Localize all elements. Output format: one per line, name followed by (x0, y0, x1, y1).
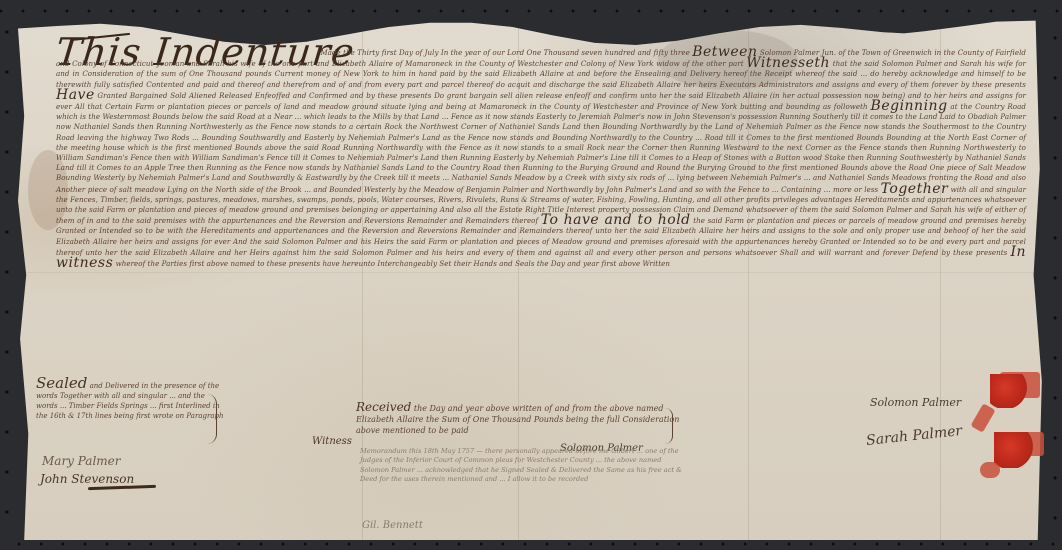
body-segment: whereof the Parties first above named to… (116, 259, 670, 268)
opening-line: Made the Thirty first Day of July In the… (320, 48, 690, 57)
right-scale-marks (1052, 0, 1058, 550)
seal-ribbon (980, 462, 1000, 478)
witness-label: Witness (312, 436, 352, 447)
brace-mark (206, 394, 217, 444)
acknowledgement-memorandum: Memorandum this 18th May 1757 — there pe… (360, 447, 690, 485)
sealed-heading: Sealed (36, 374, 87, 392)
received-heading: Received (356, 400, 411, 414)
sealed-delivered-block: Sealed and Delivered in the presence of … (36, 378, 226, 421)
wax-seal (994, 432, 1034, 468)
left-scale-marks (4, 0, 10, 550)
top-scale-marks (0, 8, 1062, 14)
signature-solomon-palmer: Solomon Palmer (870, 396, 961, 409)
indenture-body: Made the Thirty first Day of July In the… (56, 47, 1026, 269)
keyword-have: Have (56, 87, 95, 103)
receipt-block: Received the Day and year above written … (356, 402, 691, 436)
witness-signature: John Stevenson (40, 472, 134, 486)
judge-signature: Gil. Bennett (362, 520, 423, 531)
document-viewer: This Indenture Made the Thirty first Day… (0, 0, 1062, 550)
wax-seal (990, 374, 1028, 408)
fold-line (18, 272, 1048, 273)
brace-mark (664, 408, 673, 444)
witness-signature: Mary Palmer (42, 454, 121, 468)
bottom-scale-marks (0, 541, 1062, 547)
